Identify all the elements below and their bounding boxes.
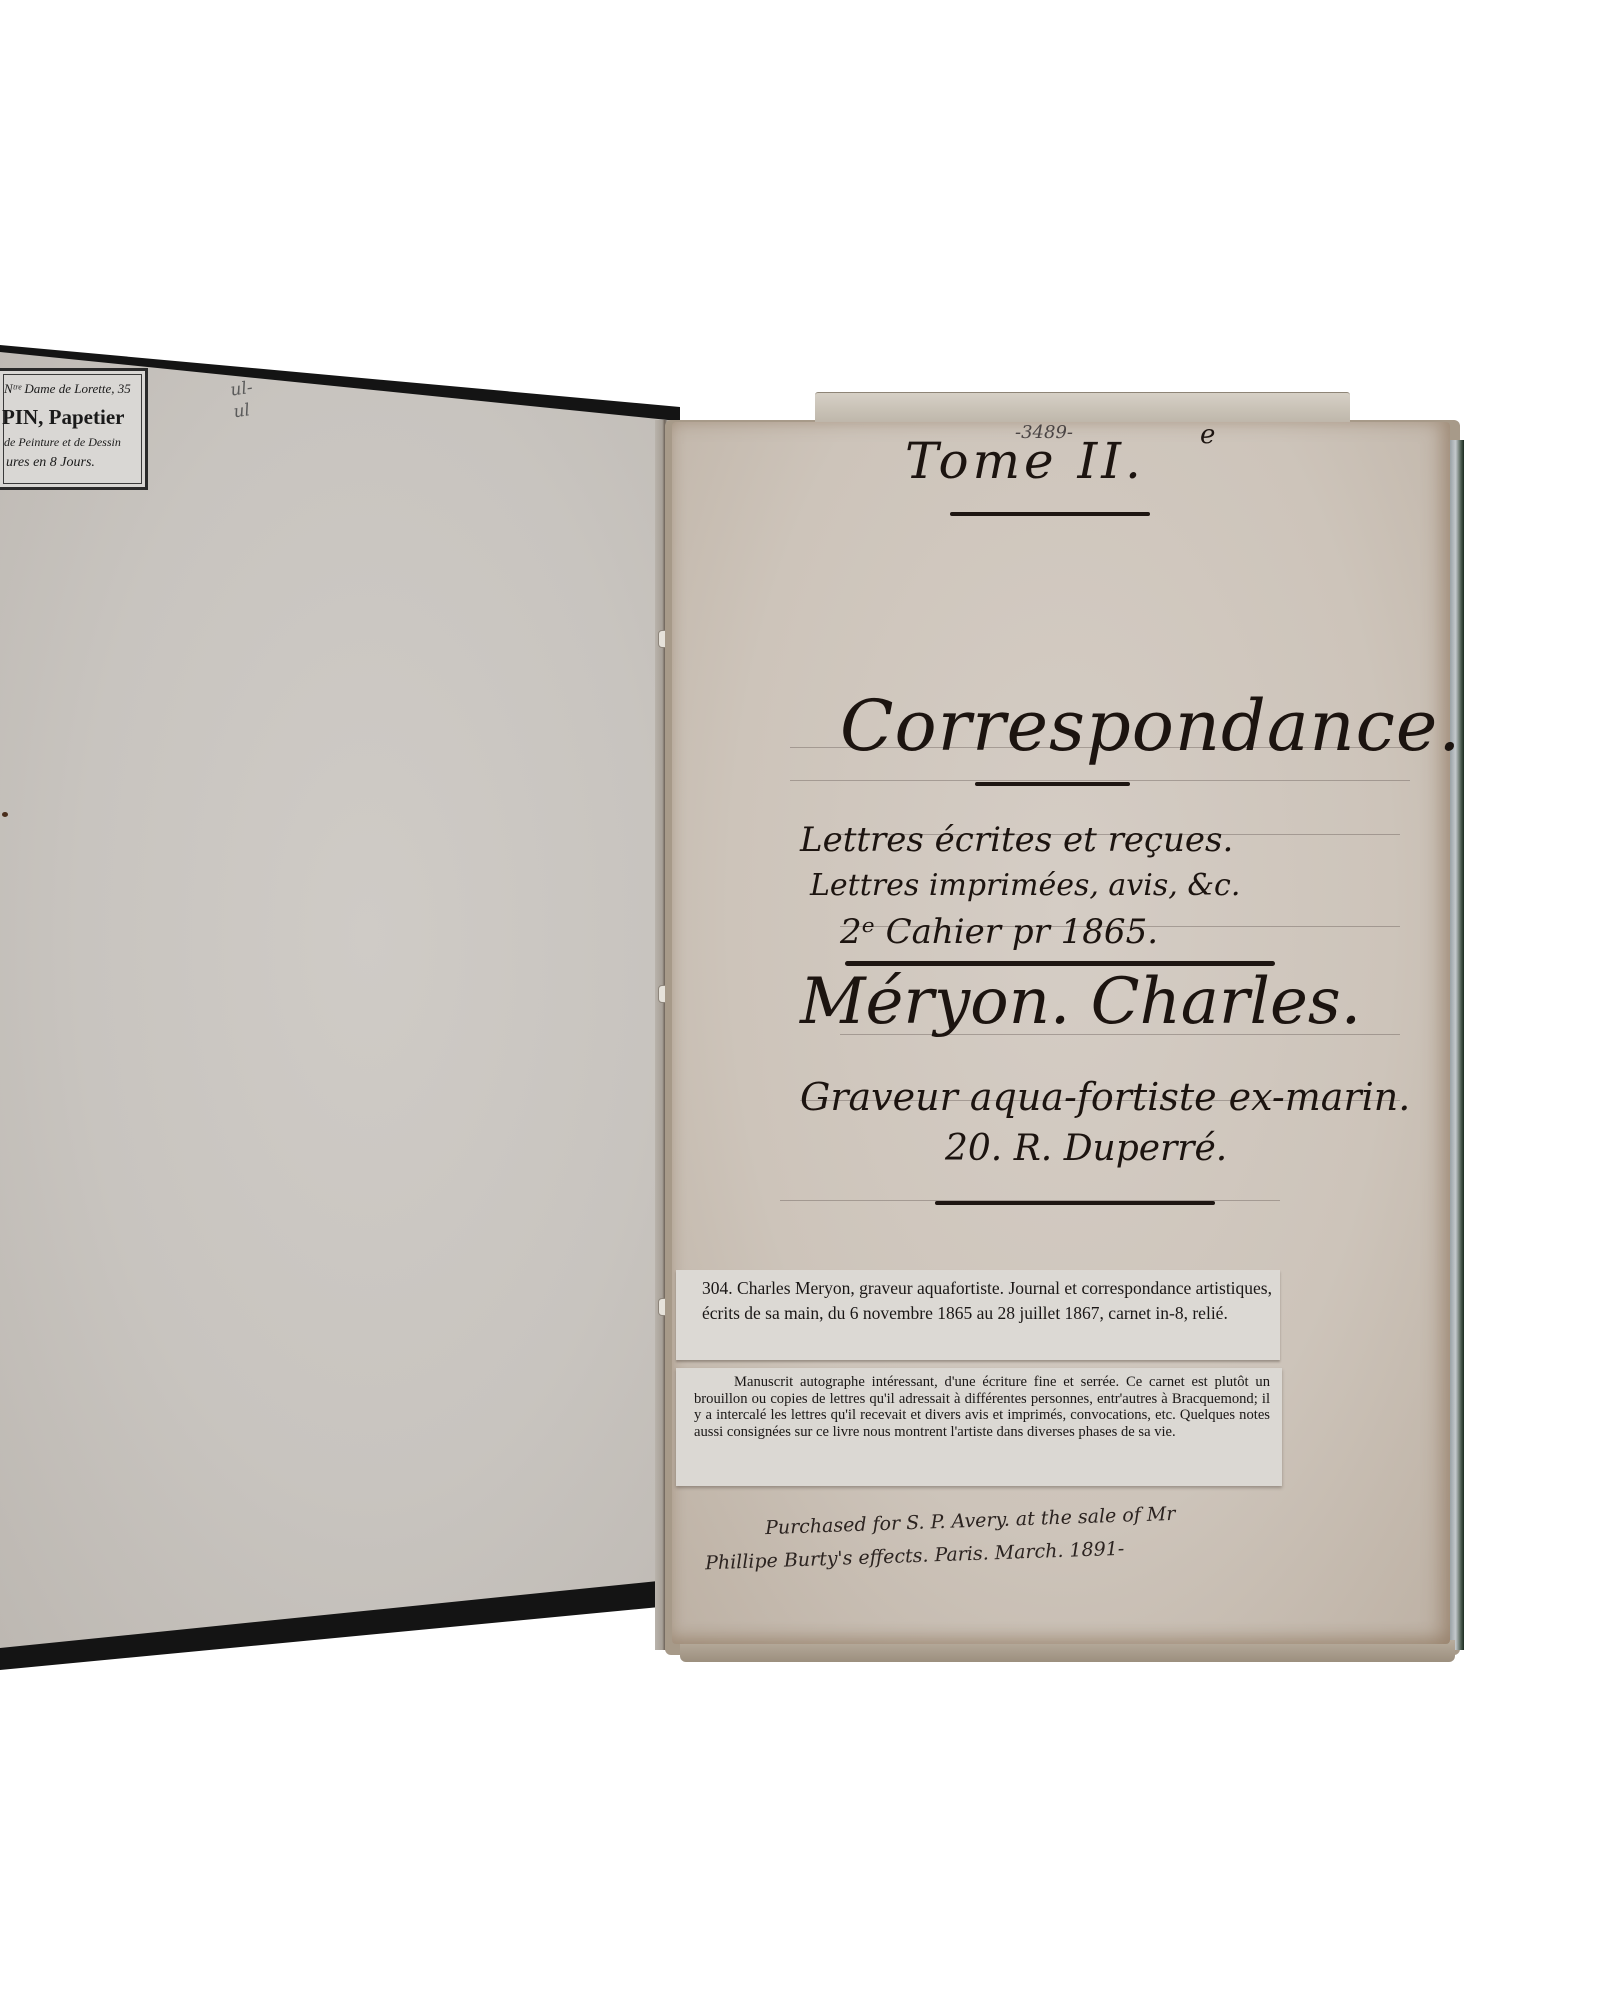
left-endpaper <box>0 352 668 1648</box>
ink-speck <box>2 812 8 817</box>
subtitle-line-3: 2ᵉ Cahier pr 1865. <box>840 912 1158 952</box>
ink-underline <box>975 782 1130 786</box>
stationer-name: PIN, Papetier <box>2 405 124 430</box>
catalog-clipping-entry: 304. Charles Meryon, graveur aquafortist… <box>676 1270 1280 1360</box>
ink-underline <box>950 512 1150 516</box>
pencil-note-line-2: ul <box>232 398 257 423</box>
subtitle-line-2: Lettres imprimées, avis, &c. <box>810 868 1240 903</box>
catalog-clipping-description: Manuscrit autographe intéressant, d'une … <box>676 1368 1282 1486</box>
stationer-address: Nᵗʳᵉ Dame de Lorette, 35 <box>4 381 131 397</box>
open-notebook: Nᵗʳᵉ Dame de Lorette, 35 PIN, Papetier d… <box>0 0 1600 2000</box>
volume-heading: Tome II. <box>905 432 1145 490</box>
ruled-line <box>790 780 1410 781</box>
ink-underline <box>935 1201 1215 1205</box>
volume-superscript: e <box>1200 420 1215 450</box>
stationer-label: Nᵗʳᵉ Dame de Lorette, 35 PIN, Papetier d… <box>0 368 148 490</box>
stationer-service: ures en 8 Jours. <box>6 455 95 471</box>
title-correspondance: Correspondance. <box>840 685 1462 767</box>
catalog-entry-text: 304. Charles Meryon, graveur aquafortist… <box>702 1278 1272 1323</box>
pencil-note-line-1: ul- <box>229 377 254 402</box>
profession-line-1: Graveur aqua-fortiste ex-marin. <box>800 1075 1410 1119</box>
address-line: 20. R. Duperré. <box>945 1128 1227 1169</box>
stationer-trade: de Peinture et de Dessin <box>4 435 121 450</box>
author-name: Méryon. Charles. <box>800 965 1361 1039</box>
subtitle-line-1: Lettres écrites et reçues. <box>800 820 1233 860</box>
catalog-description-text: Manuscrit autographe intéressant, d'une … <box>694 1374 1270 1440</box>
fore-edge <box>1450 440 1464 1650</box>
